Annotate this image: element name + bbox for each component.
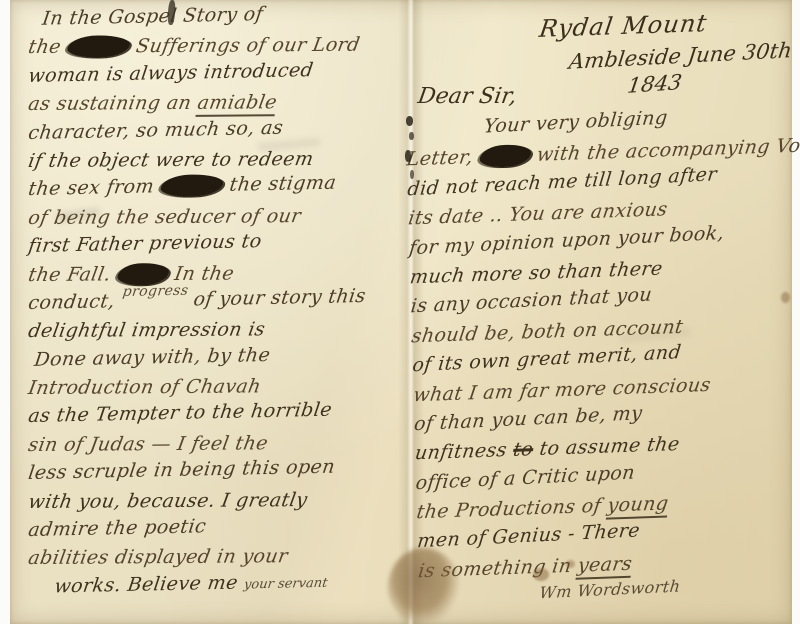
handwriting-text: conduct, xyxy=(27,290,123,314)
letter-paper: In the Gospel Story ofthe deep Suffering… xyxy=(10,0,792,624)
handwriting-text: as the Tempter to the horrible xyxy=(27,399,334,427)
salutation: Dear Sir, xyxy=(416,84,518,109)
handwriting-text: first Father previous to xyxy=(27,230,263,257)
handwriting-text: the sex from xyxy=(27,176,162,201)
handwriting-line: In the Gospel Story of xyxy=(26,0,395,36)
handwriting-sm: your servant xyxy=(243,576,328,593)
handwriting-line: less scruple in being this open xyxy=(26,455,395,491)
handwriting-blot: and xyxy=(478,144,532,168)
handwriting-text: delightful impression is xyxy=(27,319,267,343)
handwriting-text: In the Gospel Story of xyxy=(41,3,265,30)
handwriting-text: if the object were to redeem xyxy=(27,148,316,172)
handwriting-text: Done away with, by the xyxy=(33,344,272,371)
ink-speck xyxy=(405,150,411,162)
ink-speck xyxy=(410,170,414,179)
heading-dateline: Ambleside June 30th xyxy=(568,38,794,74)
handwriting-text: is something in xyxy=(417,554,580,582)
handwriting-text: the Fall. xyxy=(27,263,119,286)
handwriting-text: Sufferings of our Lord xyxy=(128,34,362,58)
handwriting-text: of being the seducer of our xyxy=(27,205,303,229)
letter-scan: In the Gospel Story ofthe deep Suffering… xyxy=(0,0,800,624)
handwriting-text: as sustaining an xyxy=(27,92,200,115)
handwriting-text: works. Believe me xyxy=(53,571,246,597)
handwriting-u: amiable xyxy=(195,91,278,117)
left-page: In the Gospel Story ofthe deep Suffering… xyxy=(28,8,392,604)
handwriting-blot: and xyxy=(115,263,170,285)
heading-year: 1843 xyxy=(626,70,684,98)
handwriting-u: young xyxy=(606,492,670,519)
handwriting-text: abilities displayed in your xyxy=(27,546,290,570)
handwriting-line: as the Tempter to the horrible xyxy=(26,398,395,434)
handwriting-text: less scruple in being this open xyxy=(27,456,337,484)
handwriting-u: years xyxy=(576,553,634,580)
handwriting-text: admire the poetic xyxy=(27,515,208,541)
handwriting-text: of your story this xyxy=(186,285,368,311)
right-page: Your very obligingLetter, and with the a… xyxy=(405,109,799,619)
handwriting-text: the xyxy=(27,36,70,58)
handwriting-text: Letter, xyxy=(405,146,481,171)
handwriting-line: the sex from been the stigma xyxy=(26,171,395,207)
handwriting-text: Your very obliging xyxy=(483,107,669,138)
handwriting-text: Introduction of Chavah xyxy=(27,375,263,399)
handwriting-text: sin of Judas — I feel the xyxy=(27,432,270,456)
handwriting-text: In the xyxy=(166,262,236,284)
handwriting-text: unfitness xyxy=(414,439,515,465)
handwriting-blot: deep xyxy=(65,36,131,58)
handwriting-ins: progress xyxy=(122,283,190,300)
handwriting-text: character, so much so, as xyxy=(27,116,285,143)
ink-speck xyxy=(406,116,413,126)
handwriting-text: to assume the xyxy=(532,433,681,460)
heading-place: Rydal Mount xyxy=(538,9,710,43)
handwriting-text: the stigma xyxy=(222,172,338,196)
handwriting-blot: been xyxy=(159,174,225,197)
handwriting-text: with you, because. I greatly xyxy=(27,489,309,513)
ink-speck xyxy=(409,132,414,140)
